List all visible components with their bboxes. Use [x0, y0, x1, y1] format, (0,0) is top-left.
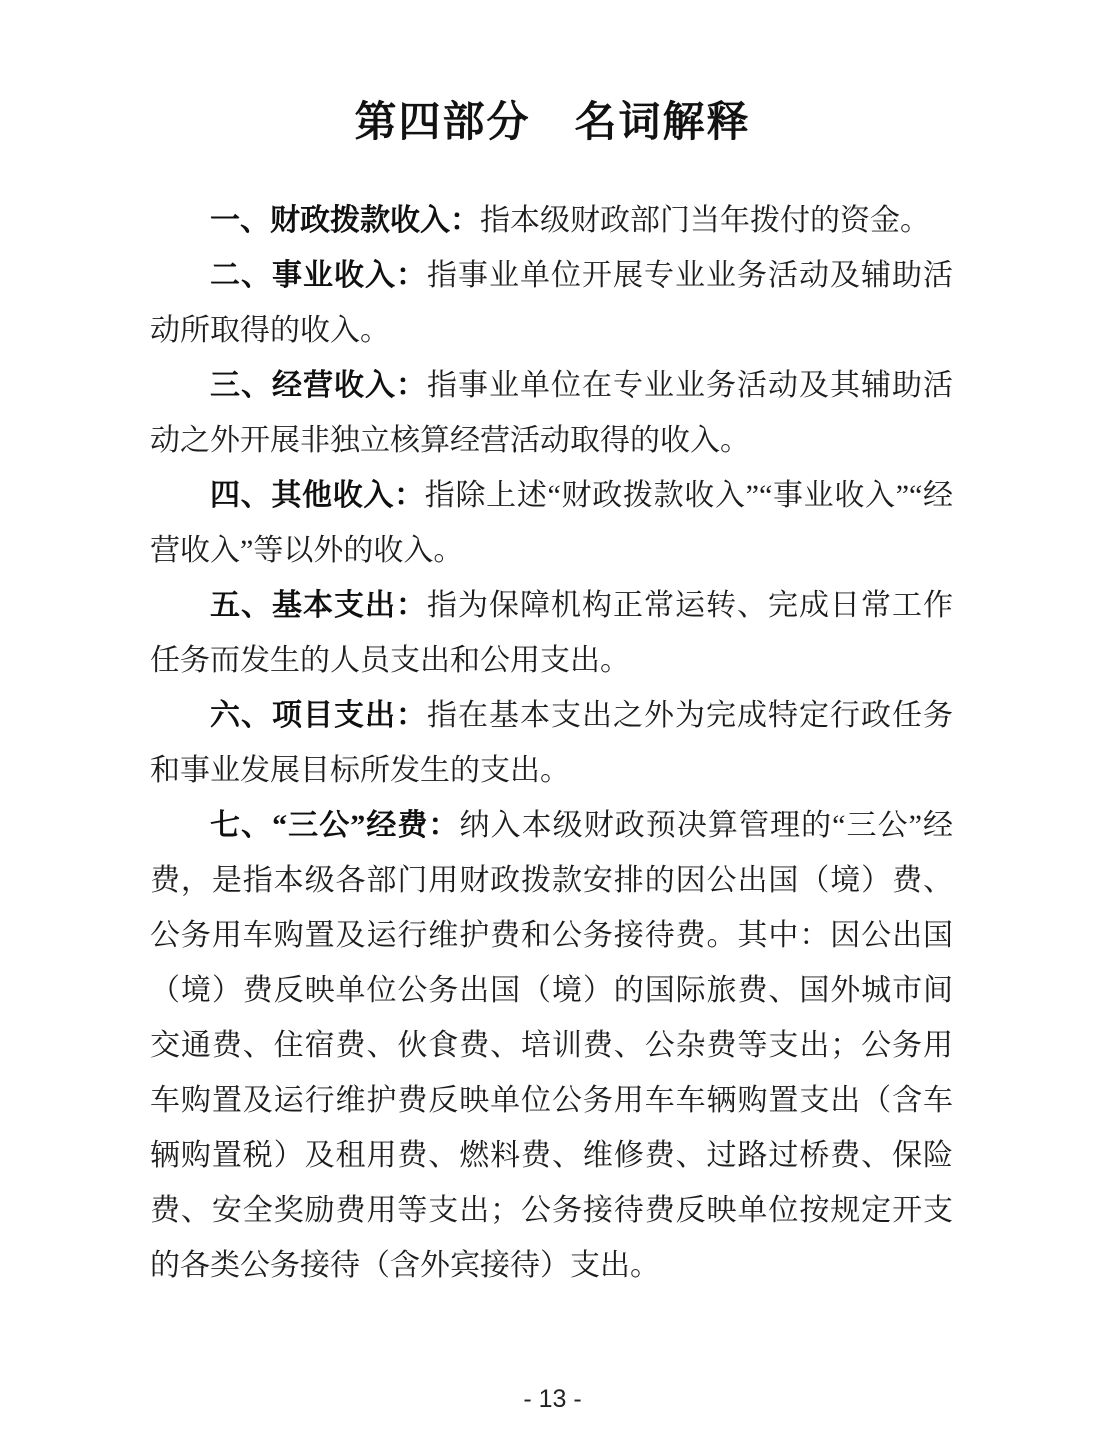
definition-paragraph-business-income: 三、经营收入：指事业单位在专业业务活动及其辅助活动之外开展非独立核算经营活动取得…: [150, 358, 953, 468]
definition-term: 二、事业收入：: [210, 259, 427, 292]
definition-paragraph-basic-expenditure: 五、基本支出：指为保障机构正常运转、完成日常工作任务而发生的人员支出和公用支出。: [150, 578, 953, 688]
definition-text: 纳入本级财政预决算管理的“三公”经费，是指本级各部门用财政拨款安排的因公出国（境…: [150, 809, 953, 1282]
definition-term: 三、经营收入：: [210, 369, 427, 402]
definition-term: 四、其他收入：: [210, 479, 425, 512]
page-title: 第四部分 名词解释: [0, 0, 1105, 148]
definition-paragraph-operating-income: 二、事业收入：指事业单位开展专业业务活动及辅助活动所取得的收入。: [150, 248, 953, 358]
definition-term: 一、财政拨款收入：: [210, 204, 480, 237]
definition-term: 六、项目支出：: [210, 699, 427, 732]
definition-paragraph-project-expenditure: 六、项目支出：指在基本支出之外为完成特定行政任务和事业发展目标所发生的支出。: [150, 688, 953, 798]
definition-term: 七、“三公”经费：: [210, 809, 460, 842]
document-page: 第四部分 名词解释 一、财政拨款收入：指本级财政部门当年拨付的资金。 二、事业收…: [0, 0, 1105, 1430]
definition-paragraph-three-public-funds: 七、“三公”经费：纳入本级财政预决算管理的“三公”经费，是指本级各部门用财政拨款…: [150, 798, 953, 1293]
page-number: - 13 -: [0, 1385, 1105, 1414]
definition-paragraph-other-income: 四、其他收入：指除上述“财政拨款收入”“事业收入”“经营收入”等以外的收入。: [150, 468, 953, 578]
document-body: 一、财政拨款收入：指本级财政部门当年拨付的资金。 二、事业收入：指事业单位开展专…: [150, 193, 953, 1293]
definition-term: 五、基本支出：: [210, 589, 427, 622]
definition-paragraph-fiscal-appropriation-income: 一、财政拨款收入：指本级财政部门当年拨付的资金。: [150, 193, 953, 248]
definition-text: 指本级财政部门当年拨付的资金。: [480, 204, 930, 237]
